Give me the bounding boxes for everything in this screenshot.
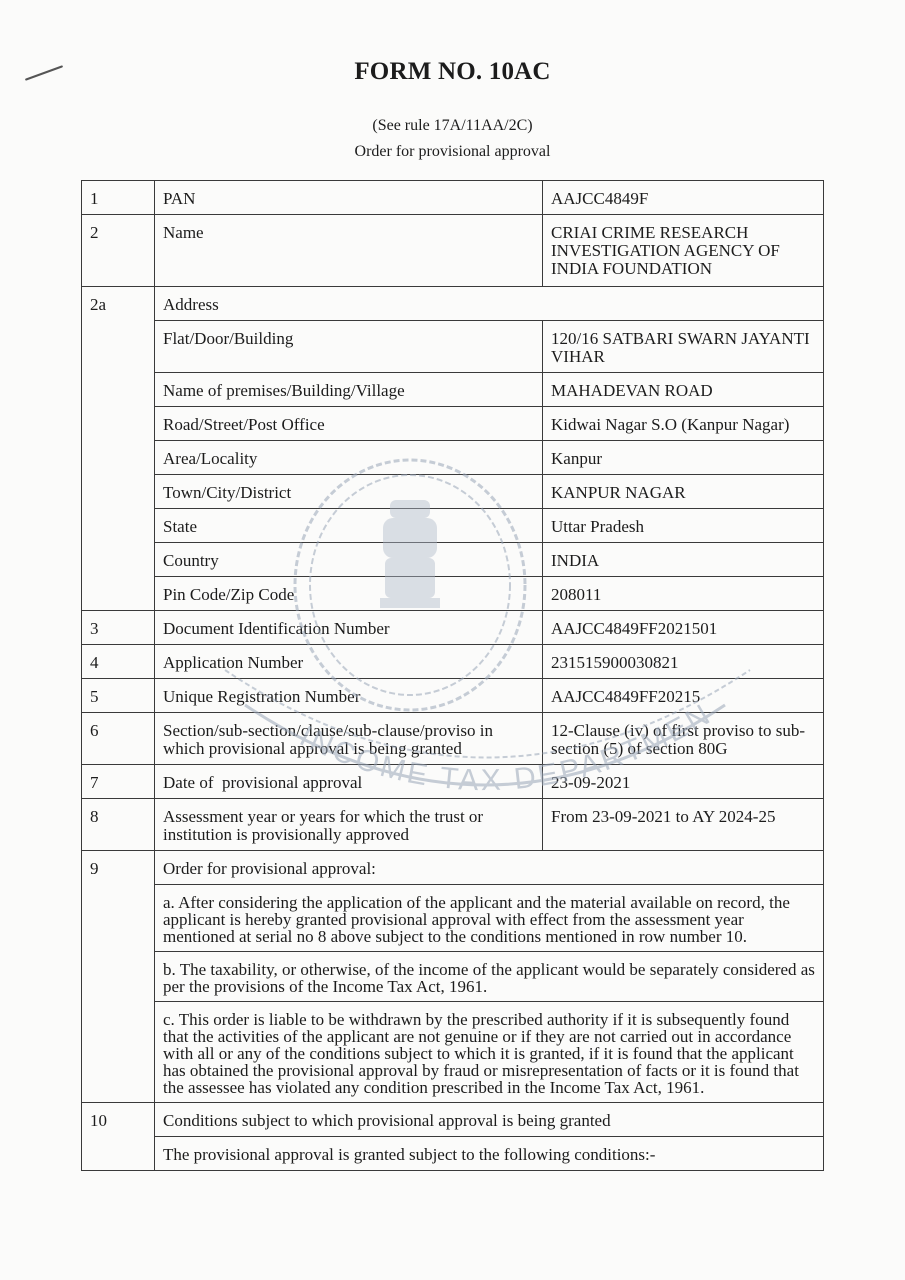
row-din: 3 Document Identification Number AAJCC48… bbox=[82, 611, 824, 645]
field-label: Name of premises/Building/Village bbox=[155, 373, 543, 407]
approval-date-value: 23-09-2021 bbox=[543, 765, 824, 799]
state-value: Uttar Pradesh bbox=[543, 509, 824, 543]
order-paragraph-a: a. After considering the application of … bbox=[155, 885, 824, 952]
row-pan: 1 PAN AAJCC4849F bbox=[82, 181, 824, 215]
rule-reference: (See rule 17A/11AA/2C) bbox=[0, 117, 905, 135]
row-conditions: 10 Conditions subject to which provision… bbox=[82, 1103, 824, 1137]
application-number-value: 231515900030821 bbox=[543, 645, 824, 679]
row-name: 2 Name CRIAI CRIME RESEARCH INVESTIGATIO… bbox=[82, 215, 824, 287]
row-number: 3 bbox=[82, 611, 155, 645]
premises-value: MAHADEVAN ROAD bbox=[543, 373, 824, 407]
field-label: Section/sub-section/clause/sub-clause/pr… bbox=[155, 713, 543, 765]
approval-table: 1 PAN AAJCC4849F 2 Name CRIAI CRIME RESE… bbox=[81, 180, 824, 1171]
row-address: 2a Address bbox=[82, 287, 824, 321]
conditions-intro-row: The provisional approval is granted subj… bbox=[82, 1137, 824, 1171]
town-value: KANPUR NAGAR bbox=[543, 475, 824, 509]
row-number: 5 bbox=[82, 679, 155, 713]
name-value: CRIAI CRIME RESEARCH INVESTIGATION AGENC… bbox=[543, 215, 824, 287]
pan-value: AAJCC4849F bbox=[543, 181, 824, 215]
field-label: State bbox=[155, 509, 543, 543]
row-number: 2a bbox=[82, 287, 155, 611]
area-value: Kanpur bbox=[543, 441, 824, 475]
field-label: Date of provisional approval bbox=[155, 765, 543, 799]
field-label: Area/Locality bbox=[155, 441, 543, 475]
order-paragraph-b: b. The taxability, or otherwise, of the … bbox=[155, 952, 824, 1002]
order-paragraph-row: c. This order is liable to be withdrawn … bbox=[82, 1002, 824, 1103]
conditions-heading: Conditions subject to which provisional … bbox=[155, 1103, 824, 1137]
field-label: Country bbox=[155, 543, 543, 577]
row-section: 6 Section/sub-section/clause/sub-clause/… bbox=[82, 713, 824, 765]
address-row: Area/Locality Kanpur bbox=[82, 441, 824, 475]
row-number: 2 bbox=[82, 215, 155, 287]
row-application-number: 4 Application Number 231515900030821 bbox=[82, 645, 824, 679]
order-paragraph-c: c. This order is liable to be withdrawn … bbox=[155, 1002, 824, 1103]
row-number: 8 bbox=[82, 799, 155, 851]
field-label: PAN bbox=[155, 181, 543, 215]
country-value: INDIA bbox=[543, 543, 824, 577]
field-label: Road/Street/Post Office bbox=[155, 407, 543, 441]
row-approval-date: 7 Date of provisional approval 23-09-202… bbox=[82, 765, 824, 799]
row-number: 10 bbox=[82, 1103, 155, 1171]
field-label: Unique Registration Number bbox=[155, 679, 543, 713]
flat-value: 120/16 SATBARI SWARN JAYANTI VIHAR bbox=[543, 321, 824, 373]
address-row: Country INDIA bbox=[82, 543, 824, 577]
pincode-value: 208011 bbox=[543, 577, 824, 611]
field-label: Assessment year or years for which the t… bbox=[155, 799, 543, 851]
form-title: FORM NO. 10AC bbox=[0, 58, 905, 86]
din-value: AAJCC4849FF2021501 bbox=[543, 611, 824, 645]
row-urn: 5 Unique Registration Number AAJCC4849FF… bbox=[82, 679, 824, 713]
row-number: 9 bbox=[82, 851, 155, 1103]
row-number: 4 bbox=[82, 645, 155, 679]
conditions-intro: The provisional approval is granted subj… bbox=[155, 1137, 824, 1171]
address-row: State Uttar Pradesh bbox=[82, 509, 824, 543]
order-paragraph-row: a. After considering the application of … bbox=[82, 885, 824, 952]
form-subtitle: Order for provisional approval bbox=[0, 143, 905, 161]
field-label: Town/City/District bbox=[155, 475, 543, 509]
address-row: Town/City/District KANPUR NAGAR bbox=[82, 475, 824, 509]
section-value: 12-Clause (iv) of first proviso to sub-s… bbox=[543, 713, 824, 765]
road-value: Kidwai Nagar S.O (Kanpur Nagar) bbox=[543, 407, 824, 441]
address-row: Pin Code/Zip Code 208011 bbox=[82, 577, 824, 611]
row-assessment-year: 8 Assessment year or years for which the… bbox=[82, 799, 824, 851]
row-number: 6 bbox=[82, 713, 155, 765]
order-heading: Order for provisional approval: bbox=[155, 851, 824, 885]
field-label: Application Number bbox=[155, 645, 543, 679]
address-row: Road/Street/Post Office Kidwai Nagar S.O… bbox=[82, 407, 824, 441]
urn-value: AAJCC4849FF20215 bbox=[543, 679, 824, 713]
row-number: 7 bbox=[82, 765, 155, 799]
address-row: Flat/Door/Building 120/16 SATBARI SWARN … bbox=[82, 321, 824, 373]
address-row: Name of premises/Building/Village MAHADE… bbox=[82, 373, 824, 407]
field-label: Document Identification Number bbox=[155, 611, 543, 645]
row-number: 1 bbox=[82, 181, 155, 215]
address-heading: Address bbox=[155, 287, 824, 321]
field-label: Flat/Door/Building bbox=[155, 321, 543, 373]
row-order: 9 Order for provisional approval: bbox=[82, 851, 824, 885]
field-label: Pin Code/Zip Code bbox=[155, 577, 543, 611]
assessment-year-value: From 23-09-2021 to AY 2024-25 bbox=[543, 799, 824, 851]
field-label: Name bbox=[155, 215, 543, 287]
order-paragraph-row: b. The taxability, or otherwise, of the … bbox=[82, 952, 824, 1002]
